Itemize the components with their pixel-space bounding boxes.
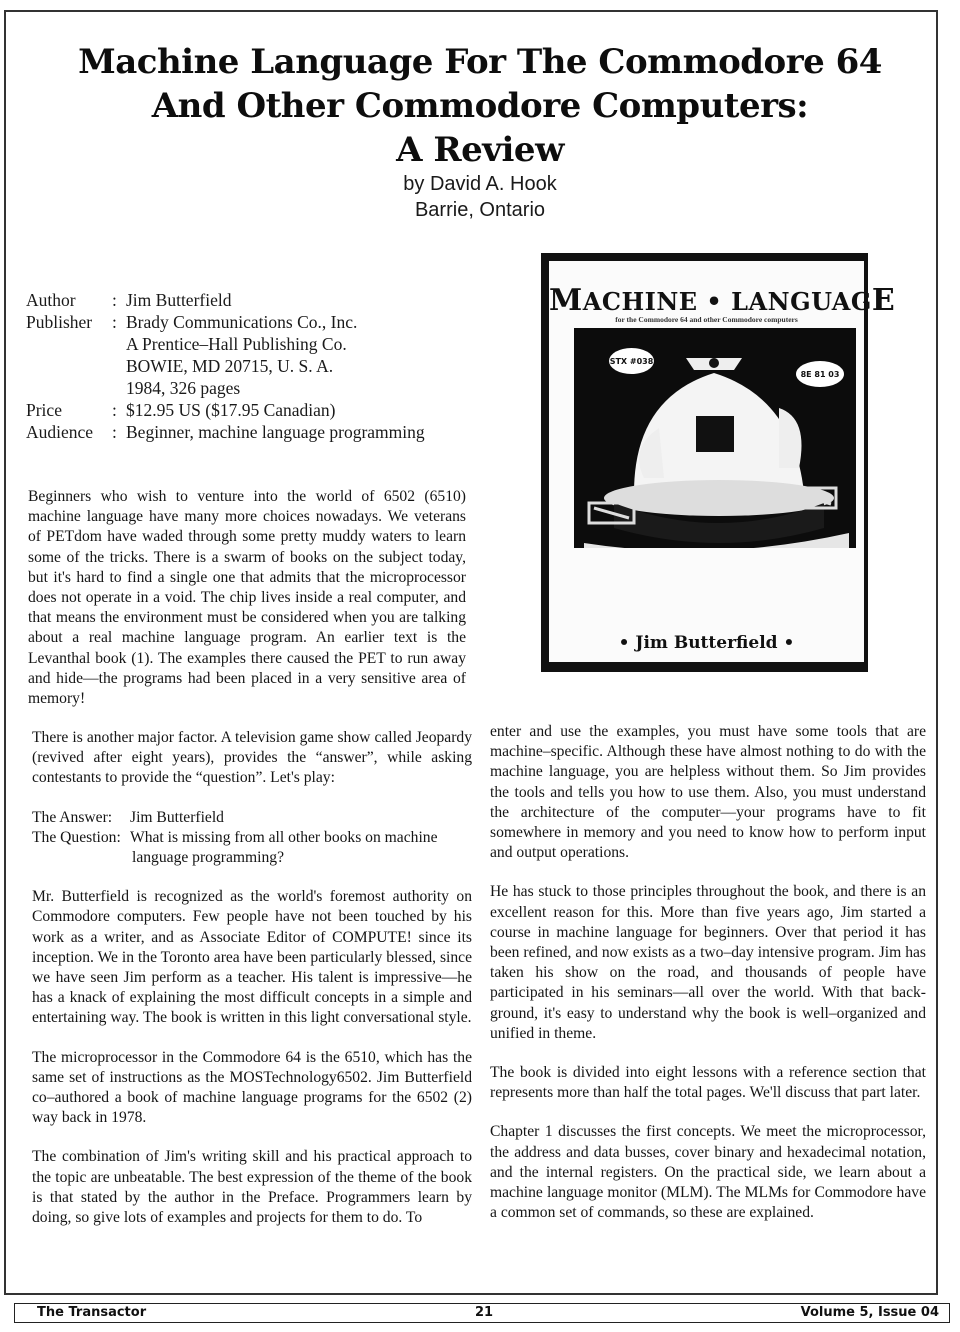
fact-row-author: Author : Jim Butterfield: [26, 289, 486, 311]
author-byline: by David A. Hook: [260, 171, 700, 197]
speech-bubble-left: STX #038: [609, 348, 654, 374]
intro-paragraph: Beginners who wish to venture into the w…: [28, 487, 466, 709]
fact-value: $12.95 US ($17.95 Canadian): [126, 399, 336, 421]
fact-colon: [112, 333, 126, 355]
cover-title-word-1: ACHINE: [583, 287, 698, 316]
fact-colon: [112, 377, 126, 399]
fact-label: Audience: [26, 421, 112, 443]
article-title-line-3: A Review: [60, 128, 900, 172]
page-number: 21: [475, 1305, 493, 1320]
page-footer: The Transactor 21 Volume 5, Issue 04: [14, 1303, 950, 1323]
fact-colon: :: [112, 421, 126, 443]
intro-column: Beginners who wish to venture into the w…: [28, 487, 466, 728]
right-column: enter and use the examples, you must hav…: [490, 722, 926, 1242]
book-cover-page: MACHINE • LANGUAGE for the Commodore 64 …: [549, 261, 864, 662]
paragraph-combination: The combination of Jim's writing skill a…: [32, 1147, 472, 1228]
qa-question-row: The Question: What is missing from all o…: [32, 828, 472, 848]
qa-answer-row: The Answer: Jim Butterfield: [32, 808, 472, 828]
book-facts-table: Author : Jim Butterfield Publisher : Bra…: [26, 289, 486, 443]
fact-label: [26, 333, 112, 355]
fact-label: Publisher: [26, 311, 112, 333]
paragraph-jeopardy: There is another major factor. A televis…: [32, 728, 472, 789]
cover-title-word-2: LANGUAG: [731, 287, 872, 316]
fact-label: Author: [26, 289, 112, 311]
fact-colon: :: [112, 399, 126, 421]
cover-title-bullet: •: [698, 287, 732, 316]
jeopardy-qa-block: The Answer: Jim Butterfield The Question…: [32, 808, 472, 869]
byline-block: by David A. Hook Barrie, Ontario: [260, 171, 700, 223]
question-label: The Question:: [32, 828, 130, 848]
fact-value: A Prentice–Hall Publishing Co.: [126, 333, 347, 355]
fact-colon: :: [112, 311, 126, 333]
fact-colon: :: [112, 289, 126, 311]
fact-value: 1984, 326 pages: [126, 377, 240, 399]
answer-value: Jim Butterfield: [130, 808, 472, 828]
question-value: What is missing from all other books on …: [130, 828, 472, 848]
fact-row-publisher-line-2: A Prentice–Hall Publishing Co.: [26, 333, 486, 355]
paragraph-principles: He has stuck to those principles through…: [490, 882, 926, 1044]
paragraph-tools: enter and use the examples, you must hav…: [490, 722, 926, 863]
cover-subtitle: for the Commodore 64 and other Commodore…: [549, 315, 864, 324]
publication-name: The Transactor: [37, 1305, 146, 1320]
fact-row-publisher: Publisher : Brady Communications Co., In…: [26, 311, 486, 333]
fact-row-publisher-address: BOWIE, MD 20715, U. S. A.: [26, 355, 486, 377]
cover-title-initial: M: [549, 283, 583, 318]
fact-label: [26, 355, 112, 377]
answer-label: The Answer:: [32, 808, 130, 828]
question-value-continued: language programming?: [32, 848, 472, 868]
author-location: Barrie, Ontario: [260, 197, 700, 223]
fact-value: Beginner, machine language programming: [126, 421, 425, 443]
fact-value: Brady Communications Co., Inc.: [126, 311, 357, 333]
cover-author: • Jim Butterfield •: [549, 633, 864, 653]
fact-row-price: Price : $12.95 US ($17.95 Canadian): [26, 399, 486, 421]
fact-label: Price: [26, 399, 112, 421]
cover-illustration: STX #038 8E 81 03: [574, 328, 856, 548]
left-column: There is another major factor. A televis…: [32, 728, 472, 1247]
article-title-line-1: Machine Language For The Commodore 64: [60, 40, 900, 84]
paragraph-lessons: The book is divided into eight lessons w…: [490, 1063, 926, 1103]
fact-row-audience: Audience : Beginner, machine language pr…: [26, 421, 486, 443]
fact-colon: [112, 355, 126, 377]
fact-label: [26, 377, 112, 399]
paragraph-chapter-1: Chapter 1 discusses the first concepts. …: [490, 1122, 926, 1223]
fact-value: Jim Butterfield: [126, 289, 231, 311]
cover-title-final: E: [872, 283, 895, 318]
fact-row-year-pages: 1984, 326 pages: [26, 377, 486, 399]
speech-bubble-right: 8E 81 03: [796, 361, 844, 387]
book-cover-image: MACHINE • LANGUAGE for the Commodore 64 …: [541, 253, 868, 672]
fact-value: BOWIE, MD 20715, U. S. A.: [126, 355, 333, 377]
paragraph-butterfield: Mr. Butterfield is recognized as the wor…: [32, 887, 472, 1028]
article-title: Machine Language For The Commodore 64 An…: [60, 40, 900, 172]
article-title-line-2: And Other Commodore Computers:: [60, 84, 900, 128]
paragraph-microprocessor: The microprocessor in the Commodore 64 i…: [32, 1048, 472, 1129]
cover-title: MACHINE • LANGUAGE: [549, 283, 864, 318]
issue-label: Volume 5, Issue 04: [801, 1305, 939, 1320]
